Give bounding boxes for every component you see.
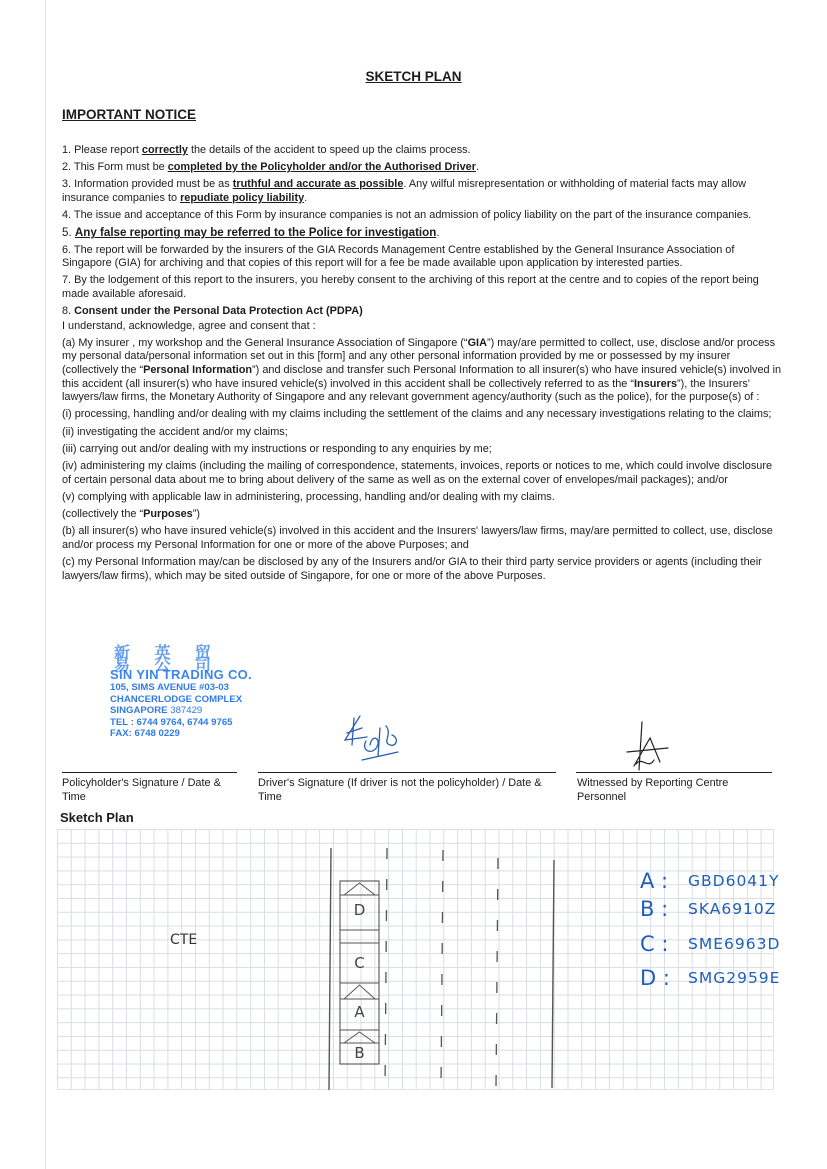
- notice-item-3: 3. Information provided must be as truth…: [62, 178, 782, 205]
- witness-signature: [627, 722, 668, 770]
- company-stamp: 新 英 贸 易 公 司 SIN YIN TRADING CO. 105, SIM…: [110, 668, 252, 740]
- stamp-tel: TEL : 6744 9764, 6744 9765: [110, 717, 252, 729]
- page-title: SKETCH PLAN: [0, 69, 827, 84]
- notice-body: 1. Please report correctly the details o…: [62, 144, 782, 587]
- notice-item-6: 6. The report will be forwarded by the i…: [62, 244, 782, 271]
- notice-item-8: 8. Consent under the Personal Data Prote…: [62, 305, 782, 319]
- notice-item-5: 5. Any false reporting may be referred t…: [62, 226, 782, 240]
- important-notice-heading: IMPORTANT NOTICE: [62, 107, 196, 122]
- driver-signature-line: [258, 772, 556, 773]
- purpose-v: (v) complying with applicable law in adm…: [62, 491, 782, 505]
- stamp-chinese-name: 新 英 贸 易 公 司: [114, 648, 252, 671]
- pdpa-clause-c: (c) my Personal Information may/can be d…: [62, 556, 782, 583]
- notice-item-7: 7. By the lodgement of this report to th…: [62, 274, 782, 301]
- purposes-definition: (collectively the “Purposes”): [62, 508, 782, 522]
- notice-item-2: 2. This Form must be completed by the Po…: [62, 161, 782, 175]
- pdpa-intro: I understand, acknowledge, agree and con…: [62, 320, 782, 334]
- notice-item-4: 4. The issue and acceptance of this Form…: [62, 209, 782, 223]
- witness-signature-label: Witnessed by Reporting Centre Personnel: [577, 777, 767, 804]
- purpose-i: (i) processing, handling and/or dealing …: [62, 408, 782, 422]
- purpose-ii: (ii) investigating the accident and/or m…: [62, 426, 782, 440]
- policyholder-signature-label: Policyholder's Signature / Date & Time: [62, 777, 237, 804]
- driver-signature: [345, 716, 398, 760]
- stamp-address-line-3: SINGAPORE 387429: [110, 705, 252, 717]
- policyholder-signature-line: [62, 772, 237, 773]
- driver-signature-label: Driver's Signature (If driver is not the…: [258, 777, 558, 804]
- notice-item-1: 1. Please report correctly the details o…: [62, 144, 782, 158]
- purpose-iii: (iii) carrying out and/or dealing with m…: [62, 443, 782, 457]
- witness-signature-line: [576, 772, 772, 773]
- purpose-iv: (iv) administering my claims (including …: [62, 460, 782, 487]
- sketch-plan-heading: Sketch Plan: [60, 810, 134, 825]
- pdpa-clause-a: (a) My insurer , my workshop and the Gen…: [62, 337, 782, 405]
- pdpa-clause-b: (b) all insurer(s) who have insured vehi…: [62, 525, 782, 552]
- page-edge: [45, 0, 46, 1169]
- stamp-fax: FAX: 6748 0229: [110, 728, 252, 740]
- stamp-address-line-2: CHANCERLODGE COMPLEX: [110, 694, 252, 706]
- sketch-grid: [57, 829, 774, 1090]
- stamp-address-line-1: 105, SIMS AVENUE #03-03: [110, 682, 252, 694]
